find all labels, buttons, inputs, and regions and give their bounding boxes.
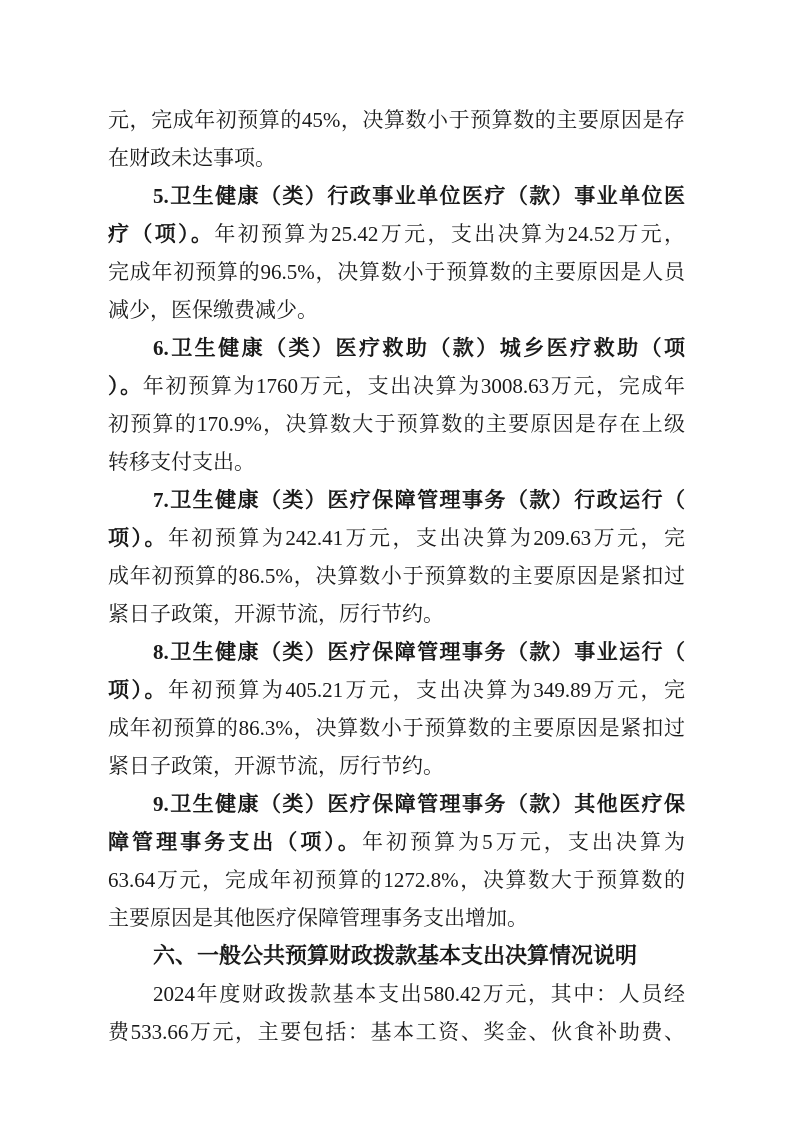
section-heading: 六、一般公共预算财政拨款基本支出决算情况说明 [108,937,685,975]
paragraph: 元，完成年初预算的45%，决算数小于预算数的主要原因是存在财政未达事项。 [108,101,685,177]
text-line: 疗（项）。年初预算为25.42万元，支出决算为24.52万元， [108,215,685,253]
text-run: 年初预算为242.41万元，支出决算为209.63万元，完 [168,526,685,550]
document-page: 元，完成年初预算的45%，决算数小于预算数的主要原因是存在财政未达事项。5.卫生… [0,0,793,1122]
text-line: 成年初预算的86.5%，决算数小于预算数的主要原因是紧扣过 [108,557,685,595]
text-line: 成年初预算的86.3%，决算数小于预算数的主要原因是紧扣过 [108,709,685,747]
text-line: ）。年初预算为1760万元，支出决算为3008.63万元，完成年 [108,367,685,405]
bold-text-run: 障管理事务支出（项）。 [108,830,362,854]
text-run: 成年初预算的86.3%，决算数小于预算数的主要原因是紧扣过 [108,716,685,740]
text-line: 63.64万元，完成年初预算的1272.8%，决算数大于预算数的 [108,861,685,899]
text-run: 减少，医保缴费减少。 [108,298,318,322]
bold-text-run: 6.卫生健康（类）医疗救助（款）城乡医疗救助（项 [153,336,685,360]
text-run: 年初预算为25.42万元，支出决算为24.52万元， [214,222,685,246]
bold-text-run: 疗（项）。 [108,222,214,246]
paragraph: 6.卫生健康（类）医疗救助（款）城乡医疗救助（项）。年初预算为1760万元，支出… [108,329,685,481]
bold-text-run: 5.卫生健康（类）行政事业单位医疗（款）事业单位医 [153,184,685,208]
text-line: 障管理事务支出（项）。年初预算为5万元，支出决算为 [108,823,685,861]
text-line: 2024年度财政拨款基本支出580.42万元，其中：人员经 [108,975,685,1013]
bold-text-run: ）。 [108,374,143,398]
text-run: 完成年初预算的96.5%，决算数小于预算数的主要原因是人员 [108,260,685,284]
text-run: 年初预算为5万元，支出决算为 [362,830,685,854]
text-run: 63.64万元，完成年初预算的1272.8%，决算数大于预算数的 [108,868,685,892]
bold-text-run: 9.卫生健康（类）医疗保障管理事务（款）其他医疗保 [153,792,685,816]
bold-text-run: 项）。 [108,526,168,550]
text-line: 项）。年初预算为405.21万元，支出决算为349.89万元，完 [108,671,685,709]
text-line: 六、一般公共预算财政拨款基本支出决算情况说明 [108,937,685,975]
text-line: 紧日子政策，开源节流，厉行节约。 [108,595,685,633]
text-line: 主要原因是其他医疗保障管理事务支出增加。 [108,899,685,937]
text-run: 在财政未达事项。 [108,146,276,170]
text-line: 5.卫生健康（类）行政事业单位医疗（款）事业单位医 [108,177,685,215]
paragraph: 8.卫生健康（类）医疗保障管理事务（款）事业运行（项）。年初预算为405.21万… [108,633,685,785]
text-run: 元，完成年初预算的45%，决算数小于预算数的主要原因是存 [108,108,685,132]
text-line: 初预算的170.9%，决算数大于预算数的主要原因是存在上级 [108,405,685,443]
paragraph: 2024年度财政拨款基本支出580.42万元，其中：人员经费533.66万元，主… [108,975,685,1051]
paragraph: 5.卫生健康（类）行政事业单位医疗（款）事业单位医疗（项）。年初预算为25.42… [108,177,685,329]
text-line: 项）。年初预算为242.41万元，支出决算为209.63万元，完 [108,519,685,557]
bold-text-run: 8.卫生健康（类）医疗保障管理事务（款）事业运行（ [153,640,685,664]
text-line: 元，完成年初预算的45%，决算数小于预算数的主要原因是存 [108,101,685,139]
text-line: 8.卫生健康（类）医疗保障管理事务（款）事业运行（ [108,633,685,671]
text-line: 费533.66万元，主要包括：基本工资、奖金、伙食补助费、 [108,1013,685,1051]
text-run: 成年初预算的86.5%，决算数小于预算数的主要原因是紧扣过 [108,564,685,588]
text-line: 6.卫生健康（类）医疗救助（款）城乡医疗救助（项 [108,329,685,367]
bold-text-run: 7.卫生健康（类）医疗保障管理事务（款）行政运行（ [153,488,685,512]
document-body: 元，完成年初预算的45%，决算数小于预算数的主要原因是存在财政未达事项。5.卫生… [108,101,685,1051]
paragraph: 7.卫生健康（类）医疗保障管理事务（款）行政运行（项）。年初预算为242.41万… [108,481,685,633]
text-line: 在财政未达事项。 [108,139,685,177]
text-line: 转移支付支出。 [108,443,685,481]
text-line: 紧日子政策，开源节流，厉行节约。 [108,747,685,785]
bold-text-run: 六、一般公共预算财政拨款基本支出决算情况说明 [153,943,637,968]
text-line: 减少，医保缴费减少。 [108,291,685,329]
text-run: 初预算的170.9%，决算数大于预算数的主要原因是存在上级 [108,412,685,436]
text-run: 年初预算为1760万元，支出决算为3008.63万元，完成年 [143,374,685,398]
text-line: 9.卫生健康（类）医疗保障管理事务（款）其他医疗保 [108,785,685,823]
text-run: 转移支付支出。 [108,450,255,474]
text-run: 紧日子政策，开源节流，厉行节约。 [108,602,444,626]
text-line: 完成年初预算的96.5%，决算数小于预算数的主要原因是人员 [108,253,685,291]
paragraph: 9.卫生健康（类）医疗保障管理事务（款）其他医疗保障管理事务支出（项）。年初预算… [108,785,685,937]
text-line: 7.卫生健康（类）医疗保障管理事务（款）行政运行（ [108,481,685,519]
text-run: 费533.66万元，主要包括：基本工资、奖金、伙食补助费、 [108,1020,685,1044]
text-run: 2024年度财政拨款基本支出580.42万元，其中：人员经 [153,982,685,1006]
text-run: 主要原因是其他医疗保障管理事务支出增加。 [108,906,528,930]
text-run: 年初预算为405.21万元，支出决算为349.89万元，完 [168,678,685,702]
bold-text-run: 项）。 [108,678,168,702]
text-run: 紧日子政策，开源节流，厉行节约。 [108,754,444,778]
